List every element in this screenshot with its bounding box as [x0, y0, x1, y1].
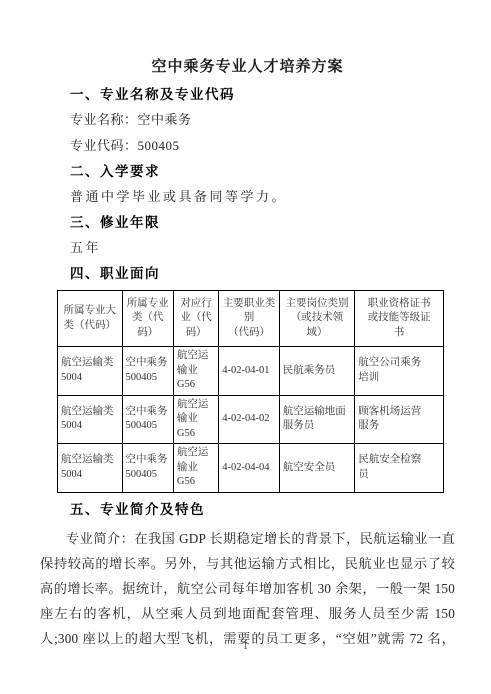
table-cell: 空中乘务 500405 — [122, 395, 173, 444]
table-cell: 顾客机场运营 服务 — [355, 395, 444, 444]
paragraph-line: 高的增长率。据统计，航空公司每年增加客机 30 余架，一般一架 150 — [40, 576, 455, 601]
table-cell: 4-02-04-02 — [219, 395, 279, 444]
table-cell: 民航乘务员 — [279, 347, 355, 396]
table-cell: 航空运 输业 G56 — [173, 395, 218, 444]
table-cell: 民航安全检察 员 — [355, 444, 444, 493]
section-5-heading: 五、专业简介及特色 — [70, 501, 455, 518]
table-cell: 航空安全员 — [279, 444, 355, 493]
table-cell: 航空运 输业 G56 — [173, 347, 218, 396]
section-1-heading: 一、专业名称及专业代码 — [70, 86, 455, 103]
table-cell: 4-02-04-01 — [219, 347, 279, 396]
table-cell: 航空运输类 5004 — [58, 395, 123, 444]
page-number: 1 — [0, 641, 491, 652]
section-4-heading: 四、职业面向 — [70, 265, 455, 282]
table-header-cell: 职业资格证书 或技能等级证 书 — [355, 291, 444, 347]
table-row: 航空运输类 5004空中乘务 500405航空运 输业 G564-02-04-0… — [58, 444, 444, 493]
table-row: 航空运输类 5004空中乘务 500405航空运 输业 G564-02-04-0… — [58, 347, 444, 396]
document-page: 空中乘务专业人才培养方案 一、专业名称及专业代码 专业名称：空中乘务 专业代码：… — [0, 0, 491, 694]
table-header-cell: 对应行 业（代 码） — [173, 291, 218, 347]
major-intro-paragraph: 专业简介：在我国 GDP 长期稳定增长的背景下，民航运输业一直保持较高的增长率。… — [40, 526, 455, 651]
table-cell: 航空运输类 5004 — [58, 347, 123, 396]
table-cell: 航空运输地面 服务员 — [279, 395, 355, 444]
paragraph-line: 专业简介：在我国 GDP 长期稳定增长的背景下，民航运输业一直 — [40, 526, 455, 551]
table-cell: 空中乘务 500405 — [122, 347, 173, 396]
table-cell: 航空运输类 5004 — [58, 444, 123, 493]
document-title: 空中乘务专业人才培养方案 — [40, 57, 455, 77]
table-header-cell: 所属专业 类（代 码） — [122, 291, 173, 347]
study-duration-line: 五年 — [70, 239, 455, 256]
table-cell: 4-02-04-04 — [219, 444, 279, 493]
table-cell: 空中乘务 500405 — [122, 444, 173, 493]
career-orientation-table: 所属专业大 类（代码）所属专业 类（代 码）对应行 业（代 码）主要职业类 别 … — [57, 290, 444, 493]
table-header-cell: 主要职业类 别 （代码） — [219, 291, 279, 347]
section-3-heading: 三、修业年限 — [70, 214, 455, 231]
table-header-cell: 所属专业大 类（代码） — [58, 291, 123, 347]
table-cell: 航空运 输业 G56 — [173, 444, 218, 493]
paragraph-line: 座左右的客机，从空乘人员到地面配套管理、服务人员至少需 150 — [40, 601, 455, 626]
table-header-cell: 主要岗位类别 （或技术领 域） — [279, 291, 355, 347]
table-row: 航空运输类 5004空中乘务 500405航空运 输业 G564-02-04-0… — [58, 395, 444, 444]
enrollment-requirement-line: 普通中学毕业或具备同等学力。 — [70, 188, 455, 205]
section-2-heading: 二、入学要求 — [70, 163, 455, 180]
table-header-row: 所属专业大 类（代码）所属专业 类（代 码）对应行 业（代 码）主要职业类 别 … — [58, 291, 444, 347]
paragraph-line: 保持较高的增长率。另外，与其他运输方式相比，民航业也显示了较 — [40, 551, 455, 576]
table-cell: 航空公司乘务 培训 — [355, 347, 444, 396]
major-name-line: 专业名称：空中乘务 — [70, 111, 455, 128]
major-code-line: 专业代码：500405 — [70, 137, 455, 154]
